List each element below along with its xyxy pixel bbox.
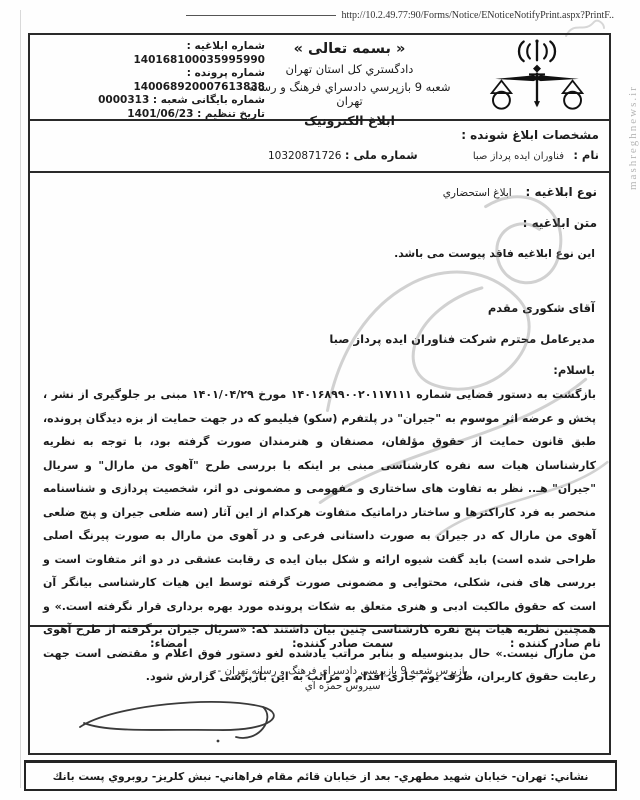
url-underline-artifact [186,15,336,16]
notice-number-label: شماره ابلاغیه : [40,40,265,54]
scan-edge-artifact [20,10,21,788]
case-number-value: 140068920007613838 [40,81,265,95]
header-title-block: « بسمه تعالی » دادگستري کل استان تهران ش… [235,41,464,128]
print-url-header: http://10.2.49.77:90/Forms/Notice/ENotic… [0,10,614,21]
recipient-name-value: فناوران ایده پرداز صبا [473,151,564,162]
national-id-group: شماره ملی : 10320871726 [260,148,418,162]
archive-number-row: شماره بایگانی شعبه : 0000313 [40,94,265,108]
date-row: تاریخ تنظیم : 1401/06/23 [40,108,265,122]
document-header: شماره ابلاغیه : 140168100035995990 شماره… [30,35,609,121]
notice-document-frame: شماره ابلاغیه : 140168100035995990 شماره… [28,33,611,755]
case-numbers-block: شماره ابلاغیه : 140168100035995990 شماره… [40,40,265,121]
scanned-notice-page: http://10.2.49.77:90/Forms/Notice/ENotic… [0,0,640,800]
date-value: 1401/06/23 [127,108,193,120]
notice-body-text: بازگشت به دستور قضایی شماره ۱۴۰۱۶۸۹۹۰۰۲۰… [43,383,596,689]
recipient-row: نام : فناوران ایده پرداز صبا شماره ملی :… [40,148,599,162]
national-id-label: شماره ملی : [345,148,418,162]
recipient-section: مشخصات ابلاغ شونده : نام : فناوران ایده … [30,123,609,173]
archive-number-value: 0000313 [98,94,149,106]
notice-body-section: نوع ابلاغیه : ابلاغ استحضاري متن ابلاغیه… [30,175,609,627]
branch-text: شعبه 9 بازپرسي دادسراي فرهنگ و رسانه تهر… [235,80,464,108]
site-watermark-text: mashreghnews.ir [627,30,639,245]
case-number-label: شماره پرونده : [40,67,265,81]
handwritten-signature [68,685,303,753]
justice-org-text: دادگستري کل استان تهران [235,62,464,76]
footer-address-box: نشاني: تهران- خيابان شهيد مطهري- بعد از … [24,760,617,791]
national-id-value: 10320871726 [268,150,342,162]
judiciary-scales-logo-icon [481,38,593,118]
recipient-section-title: مشخصات ابلاغ شونده : [40,128,599,142]
footer-address-text: نشاني: تهران- خيابان شهيد مطهري- بعد از … [53,770,589,783]
notice-number-value: 140168100035995990 [40,54,265,68]
bismillah-text: « بسمه تعالی » [235,41,464,57]
recipient-name-label: نام : [573,148,599,162]
